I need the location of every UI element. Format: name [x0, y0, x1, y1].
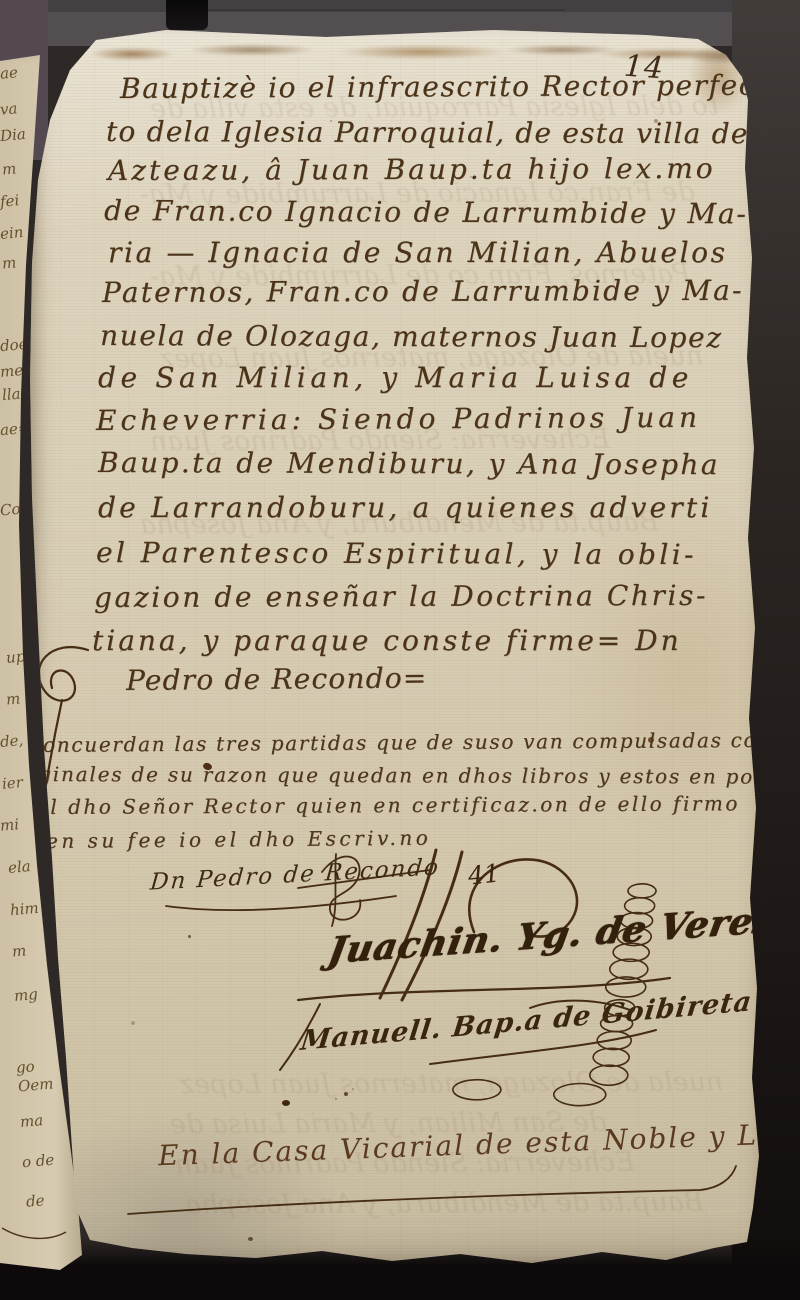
ink-flourishes: [0, 0, 800, 1300]
footer-underline-flourish: [128, 1166, 736, 1214]
photo-backdrop: aevaDiamfeieinmdoemellacae=Comupmde,ierm…: [0, 0, 800, 1300]
shelf-seam: [205, 9, 565, 11]
page-content: 14 to dela Iglesia Parroquial, de esta v…: [0, 0, 800, 1300]
rubric-mark: 41: [467, 858, 502, 890]
manuscript-page: 14 to dela Iglesia Parroquial, de esta v…: [26, 28, 760, 1264]
margin-flourish: [36, 647, 88, 856]
book-clamp: [166, 0, 208, 30]
first-signature-underline-flourish: [298, 978, 670, 1000]
